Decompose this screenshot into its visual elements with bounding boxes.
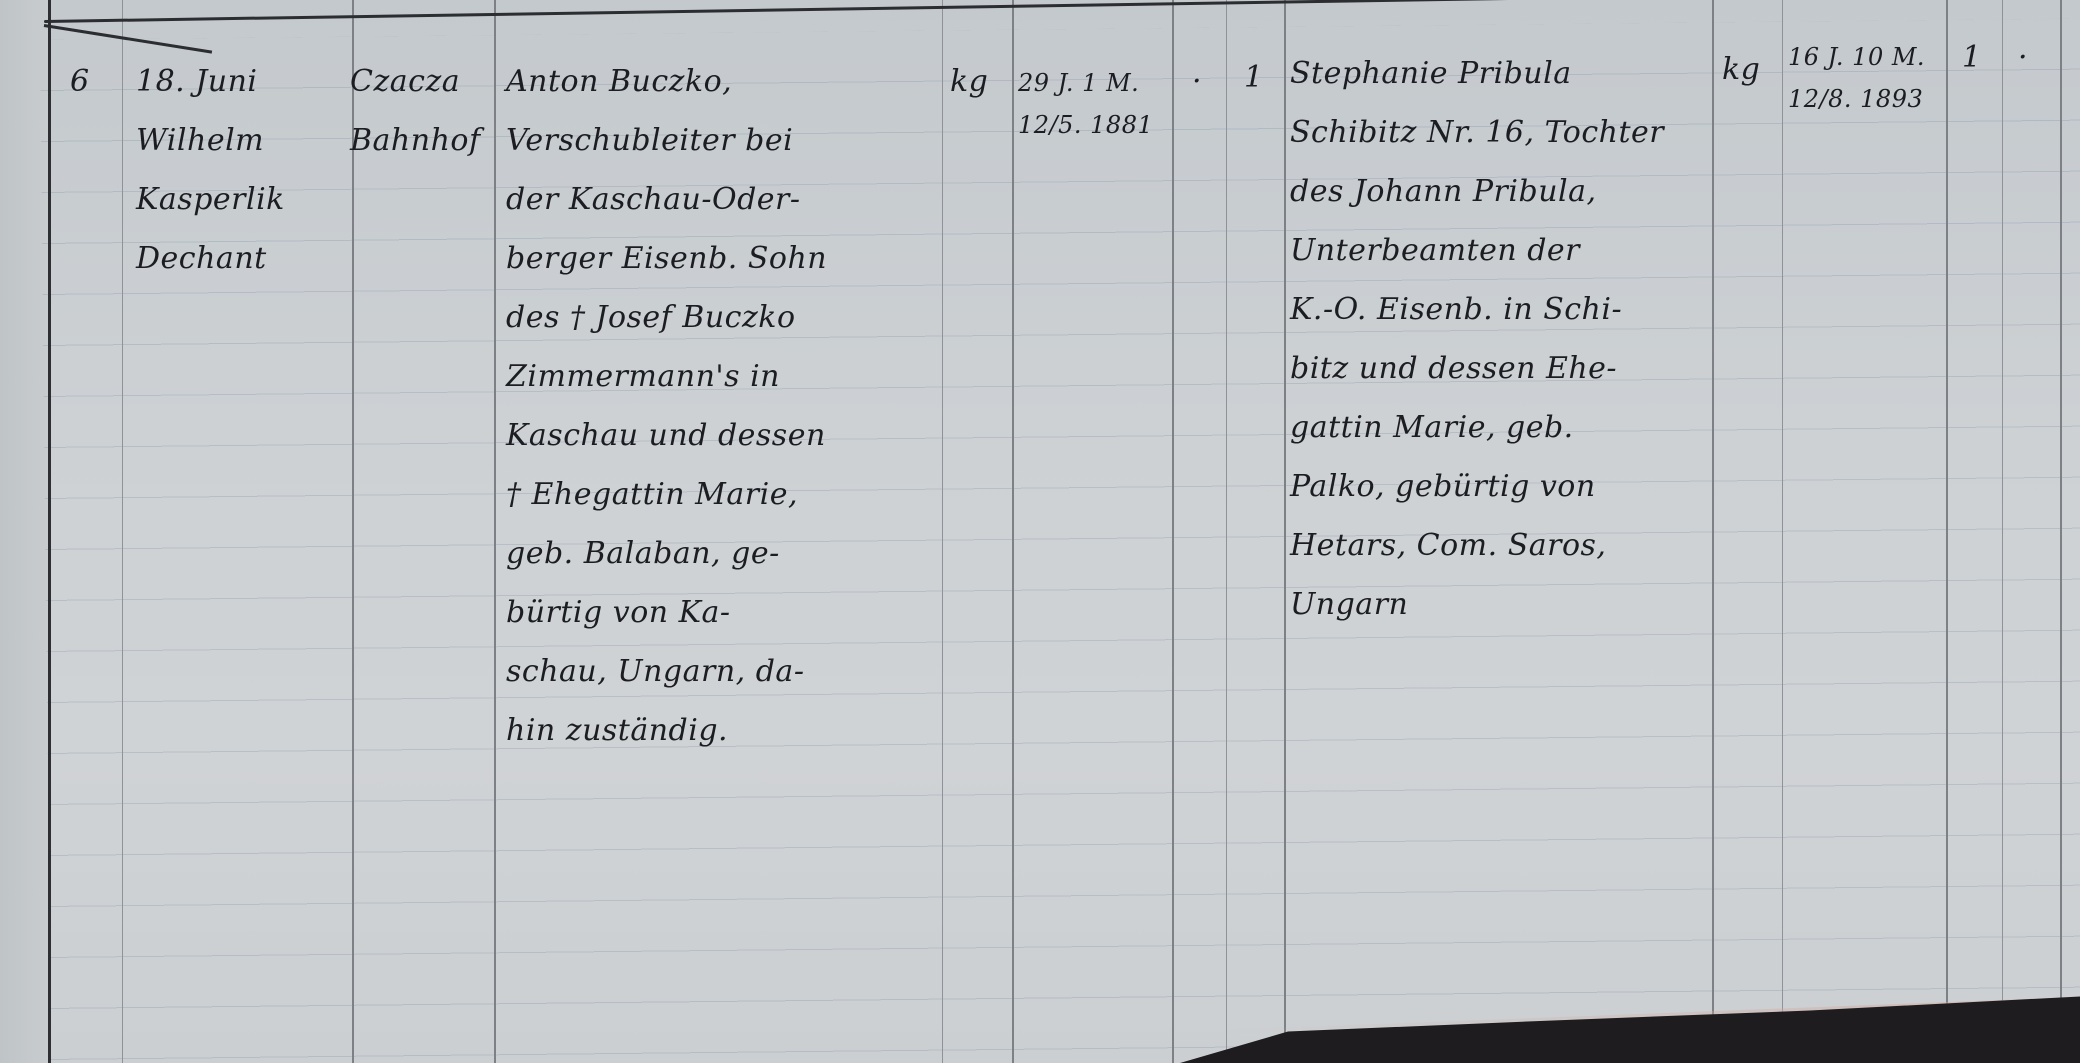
- entry-number: 6: [70, 52, 90, 111]
- bride-extra-mark: ·: [2018, 28, 2028, 87]
- groom-birthdate: 12/5. 1881: [1018, 104, 1153, 146]
- column-rule: [1946, 0, 1948, 1063]
- bride-line: Stephanie Pribula: [1290, 44, 1664, 103]
- date-officiant-cell: 18. Juni Wilhelm Kasperlik Dechant: [136, 52, 285, 288]
- column-rule: [1712, 0, 1714, 1063]
- officiant-first-name: Wilhelm: [136, 111, 285, 170]
- column-rule: [942, 0, 943, 1063]
- column-rule: [2002, 0, 2003, 1063]
- place-detail: Bahnhof: [350, 111, 481, 170]
- bride-religion-text: kg: [1722, 40, 1760, 99]
- groom-line: Kaschau und dessen: [506, 406, 827, 465]
- bride-birthdate: 12/8. 1893: [1788, 78, 1925, 120]
- bride-line: gattin Marie, geb.: [1290, 398, 1664, 457]
- column-rule: [494, 0, 496, 1063]
- place-cell: Czacza Bahnhof: [350, 52, 481, 170]
- bride-line: Hetars, Com. Saros,: [1290, 516, 1664, 575]
- place-town: Czacza: [350, 52, 481, 111]
- groom-line: † Ehegattin Marie,: [506, 465, 827, 524]
- groom-line: berger Eisenb. Sohn: [506, 229, 827, 288]
- bride-line: des Johann Pribula,: [1290, 162, 1664, 221]
- column-rule: [1284, 0, 1286, 1063]
- column-rule: [1782, 0, 1783, 1063]
- bride-line: bitz und dessen Ehe-: [1290, 339, 1664, 398]
- groom-line: des † Josef Buczko: [506, 288, 827, 347]
- groom-single-mark: 1: [1244, 48, 1264, 107]
- bride-details-cell: Stephanie Pribula Schibitz Nr. 16, Tocht…: [1290, 44, 1664, 634]
- officiant-title: Dechant: [136, 229, 285, 288]
- bride-line: Ungarn: [1290, 575, 1664, 634]
- column-rule-left-border: [48, 0, 51, 1063]
- groom-single-mark-text: 1: [1244, 48, 1264, 107]
- bride-line: Unterbeamten der: [1290, 221, 1664, 280]
- bride-line: Palko, gebürtig von: [1290, 457, 1664, 516]
- groom-religion: kg: [950, 52, 988, 111]
- groom-line: der Kaschau-Oder-: [506, 170, 827, 229]
- horizontal-ruling: [40, 19, 2080, 1063]
- column-rule: [122, 0, 123, 1063]
- groom-status-mark: ·: [1192, 52, 1202, 111]
- groom-line: Verschubleiter bei: [506, 111, 827, 170]
- column-rule: [2060, 0, 2062, 1063]
- bride-age-birth: 16 J. 10 M. 12/8. 1893: [1788, 36, 1925, 120]
- bride-line: Schibitz Nr. 16, Tochter: [1290, 103, 1664, 162]
- groom-line: hin zuständig.: [506, 701, 827, 760]
- bride-single-mark-text: 1: [1962, 28, 1982, 87]
- groom-details-cell: Anton Buczko, Verschubleiter bei der Kas…: [506, 52, 827, 760]
- groom-line: bürtig von Ka-: [506, 583, 827, 642]
- groom-status-mark-text: ·: [1192, 52, 1202, 111]
- entry-number-text: 6: [70, 52, 90, 111]
- column-rule: [1172, 0, 1174, 1063]
- bride-extra-mark-text: ·: [2018, 28, 2028, 87]
- entry-separator-rule: [44, 0, 2080, 23]
- column-rule: [1012, 0, 1014, 1063]
- bride-age: 16 J. 10 M.: [1788, 36, 1925, 78]
- bride-single-mark: 1: [1962, 28, 1982, 87]
- bride-line: K.-O. Eisenb. in Schi-: [1290, 280, 1664, 339]
- column-rule: [1226, 0, 1227, 1063]
- groom-religion-text: kg: [950, 52, 988, 111]
- groom-line: Zimmermann's in: [506, 347, 827, 406]
- bride-religion: kg: [1722, 40, 1760, 99]
- groom-age: 29 J. 1 M.: [1018, 62, 1153, 104]
- groom-line: schau, Ungarn, da-: [506, 642, 827, 701]
- groom-age-birth: 29 J. 1 M. 12/5. 1881: [1018, 62, 1153, 146]
- groom-line: Anton Buczko,: [506, 52, 827, 111]
- groom-line: geb. Balaban, ge-: [506, 524, 827, 583]
- marriage-date: 18. Juni: [136, 52, 285, 111]
- officiant-surname: Kasperlik: [136, 170, 285, 229]
- register-page: 6 18. Juni Wilhelm Kasperlik Dechant Cza…: [0, 0, 2080, 1063]
